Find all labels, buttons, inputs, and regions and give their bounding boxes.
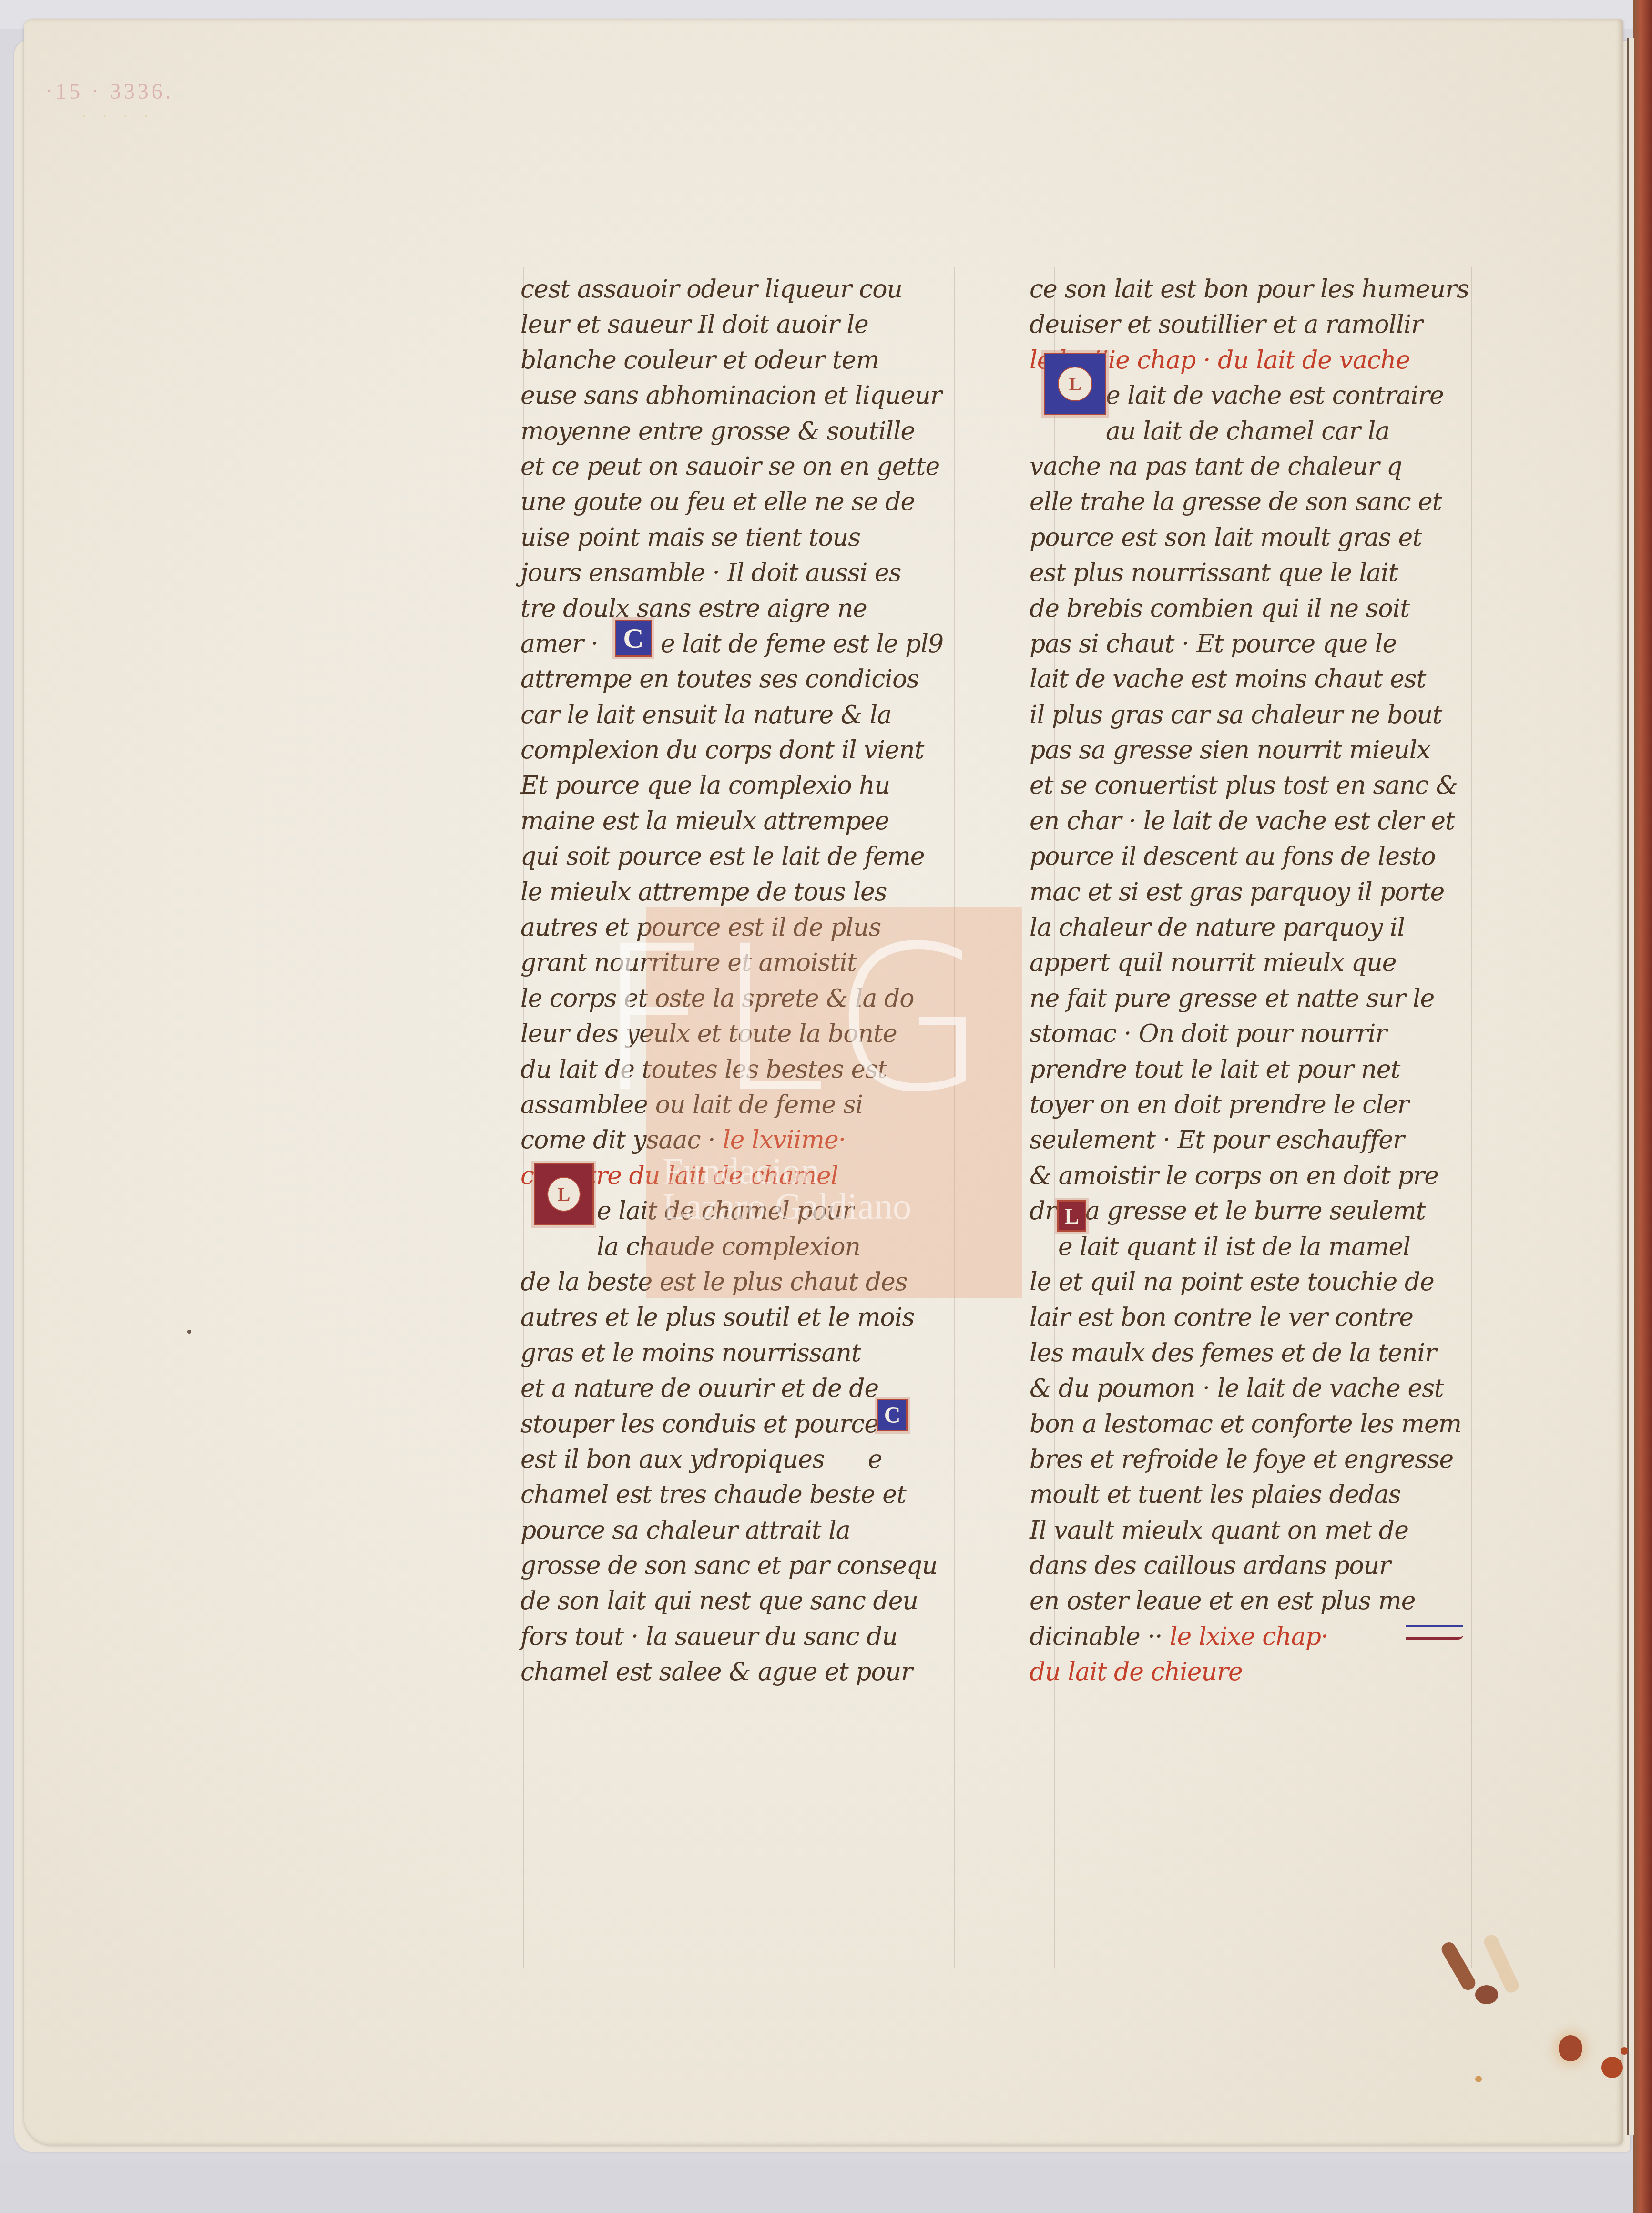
text-line: dans des caillous ardans pour — [1030, 1548, 1482, 1583]
text-line: est il bon aux ydropiques e — [520, 1442, 973, 1477]
text-line: dre la gresse et le burre seulemt — [1030, 1193, 1482, 1229]
text-line: blanche couleur et odeur tem — [520, 343, 973, 378]
text-line: jours ensamble · Il doit aussi es — [520, 555, 973, 591]
text-line: pource il descent au fons de lesto — [1030, 839, 1482, 874]
text-line: Et pource que la complexio hu — [520, 768, 973, 803]
decorated-initial-l: L — [534, 1163, 594, 1225]
text-line: cest assauoir odeur liqueur cou — [520, 272, 973, 307]
text-segment: e — [868, 1445, 882, 1474]
text-line: grosse de son sanc et par consequ — [520, 1548, 973, 1583]
text-line: de brebis combien qui il ne soit — [1030, 591, 1482, 626]
text-line: pas sa gresse sien nourrit mieulx — [1030, 733, 1482, 768]
text-segment: dicinable ·· — [1030, 1622, 1162, 1651]
initial-letter: C — [623, 622, 643, 655]
text-line: le et quil na point este touchie de — [1030, 1265, 1482, 1300]
text-line: amer · e lait de feme est le pl9 — [520, 626, 973, 662]
line-filler-ornament — [1406, 1625, 1463, 1640]
text-line: fors tout · la saueur du sanc du — [520, 1619, 973, 1654]
text-line: et se conuertist plus tost en sanc & — [1030, 768, 1482, 803]
chapter-number-rubric: le lxixe chap· — [1170, 1622, 1328, 1651]
watermark-institution: Fundacion Lazaro Galdiano — [663, 1153, 996, 1224]
watermark-line-2: Lazaro Galdiano — [663, 1189, 996, 1224]
text-line: et ce peut on sauoir se on en gette — [520, 449, 973, 484]
text-line: chamel est tres chaude beste et — [520, 1477, 973, 1512]
text-segment: e lait de feme est le pl9 — [661, 630, 943, 658]
text-line: bon a lestomac et conforte les mem — [1030, 1407, 1482, 1442]
rust-stain — [1601, 2057, 1623, 2078]
text-segment: est il bon aux ydropiques — [520, 1445, 825, 1474]
text-line: lair est bon contre le ver contre — [1030, 1300, 1482, 1335]
text-line: car le lait ensuit la nature & la — [520, 697, 973, 733]
text-line: moyenne entre grosse & soutille — [520, 414, 973, 449]
text-line: chamel est salee & ague et pour — [520, 1654, 973, 1690]
text-line: tre doulx sans estre aigre ne — [520, 591, 973, 626]
watermark-line-1: Fundacion — [663, 1153, 996, 1189]
text-line: les maulx des femes et de la tenir — [1030, 1336, 1482, 1371]
text-line: de son lait qui nest que sanc deu — [520, 1583, 973, 1619]
text-line: en char · le lait de vache est cler et — [1030, 804, 1482, 839]
text-line: est plus nourrissant que le lait — [1030, 555, 1482, 591]
text-line: autres et le plus soutil et le mois — [520, 1300, 973, 1335]
shelfmark-annotation: ·15 · 3336. — [45, 79, 173, 104]
scan-backdrop-bottom — [0, 2161, 1652, 2213]
text-line: elle trahe la gresse de son sanc et — [1030, 484, 1482, 520]
text-line: une goute ou feu et elle ne se de — [520, 484, 973, 520]
pricking-mark — [187, 1330, 191, 1334]
text-line: qui soit pource est le lait de feme — [520, 839, 973, 874]
text-line: bres et refroide le foye et engresse — [1030, 1442, 1482, 1477]
text-line: mac et si est gras parquoy il porte — [1030, 875, 1482, 910]
initial-letter: C — [884, 1402, 901, 1428]
rust-stain — [1621, 2047, 1628, 2055]
rust-stain — [1475, 2076, 1482, 2082]
text-line: pource sa chaleur attrait la — [520, 1513, 973, 1548]
text-line: pas si chaut · Et pource que le — [1030, 626, 1482, 662]
text-line: moult et tuent les plaies dedas — [1030, 1477, 1482, 1512]
text-line: & du poumon · le lait de vache est — [1030, 1371, 1482, 1406]
text-line: deuiser et soutillier et a ramollir — [1030, 307, 1482, 342]
text-line: e lait quant il ist de la mamel — [1030, 1229, 1482, 1265]
text-line: maine est la mieulx attrempee — [520, 804, 973, 839]
text-line: pource est son lait moult gras et — [1030, 520, 1482, 555]
chapter-heading-rubric: du lait de chieure — [1030, 1654, 1482, 1690]
text-line: ce son lait est bon pour les humeurs — [1030, 272, 1482, 307]
decorated-initial-l: L — [1057, 1200, 1086, 1232]
initial-letter: L — [547, 1177, 581, 1212]
binding-edge — [1633, 0, 1652, 2213]
text-line: vache na pas tant de chaleur q — [1030, 449, 1482, 484]
text-line: leur et saueur Il doit auoir le — [520, 307, 973, 342]
decorated-initial-c: C — [615, 620, 652, 657]
rust-stain — [1475, 1985, 1498, 2004]
text-line: au lait de chamel car la — [1030, 414, 1482, 449]
text-line: gras et le moins nourrissant — [520, 1336, 973, 1371]
text-line: Il vault mieulx quant on met de — [1030, 1513, 1482, 1548]
shelfmark-annotation-faint: · · · · — [81, 107, 155, 125]
rust-stain — [1559, 2035, 1582, 2061]
text-line: seulement · Et pour eschauffer — [1030, 1122, 1482, 1158]
text-line: en oster leaue et en est plus me — [1030, 1583, 1482, 1619]
decorated-initial-c: C — [877, 1399, 908, 1431]
text-line: attrempe en toutes ses condicios — [520, 662, 973, 697]
decorated-initial-l: L — [1044, 353, 1106, 415]
text-line: euse sans abhominacion et liqueur — [520, 378, 973, 413]
text-line: uise point mais se tient tous — [520, 520, 973, 555]
initial-letter: L — [1058, 367, 1092, 401]
initial-letter: L — [1064, 1203, 1079, 1229]
text-line: lait de vache est moins chaut est — [1030, 662, 1482, 697]
text-line: & amoistir le corps on en doit pre — [1030, 1158, 1482, 1193]
watermark-monogram: FLG — [596, 920, 1120, 1120]
text-line: complexion du corps dont il vient — [520, 733, 973, 768]
text-segment: amer · — [520, 630, 598, 658]
text-line: il plus gras car sa chaleur ne bout — [1030, 697, 1482, 733]
